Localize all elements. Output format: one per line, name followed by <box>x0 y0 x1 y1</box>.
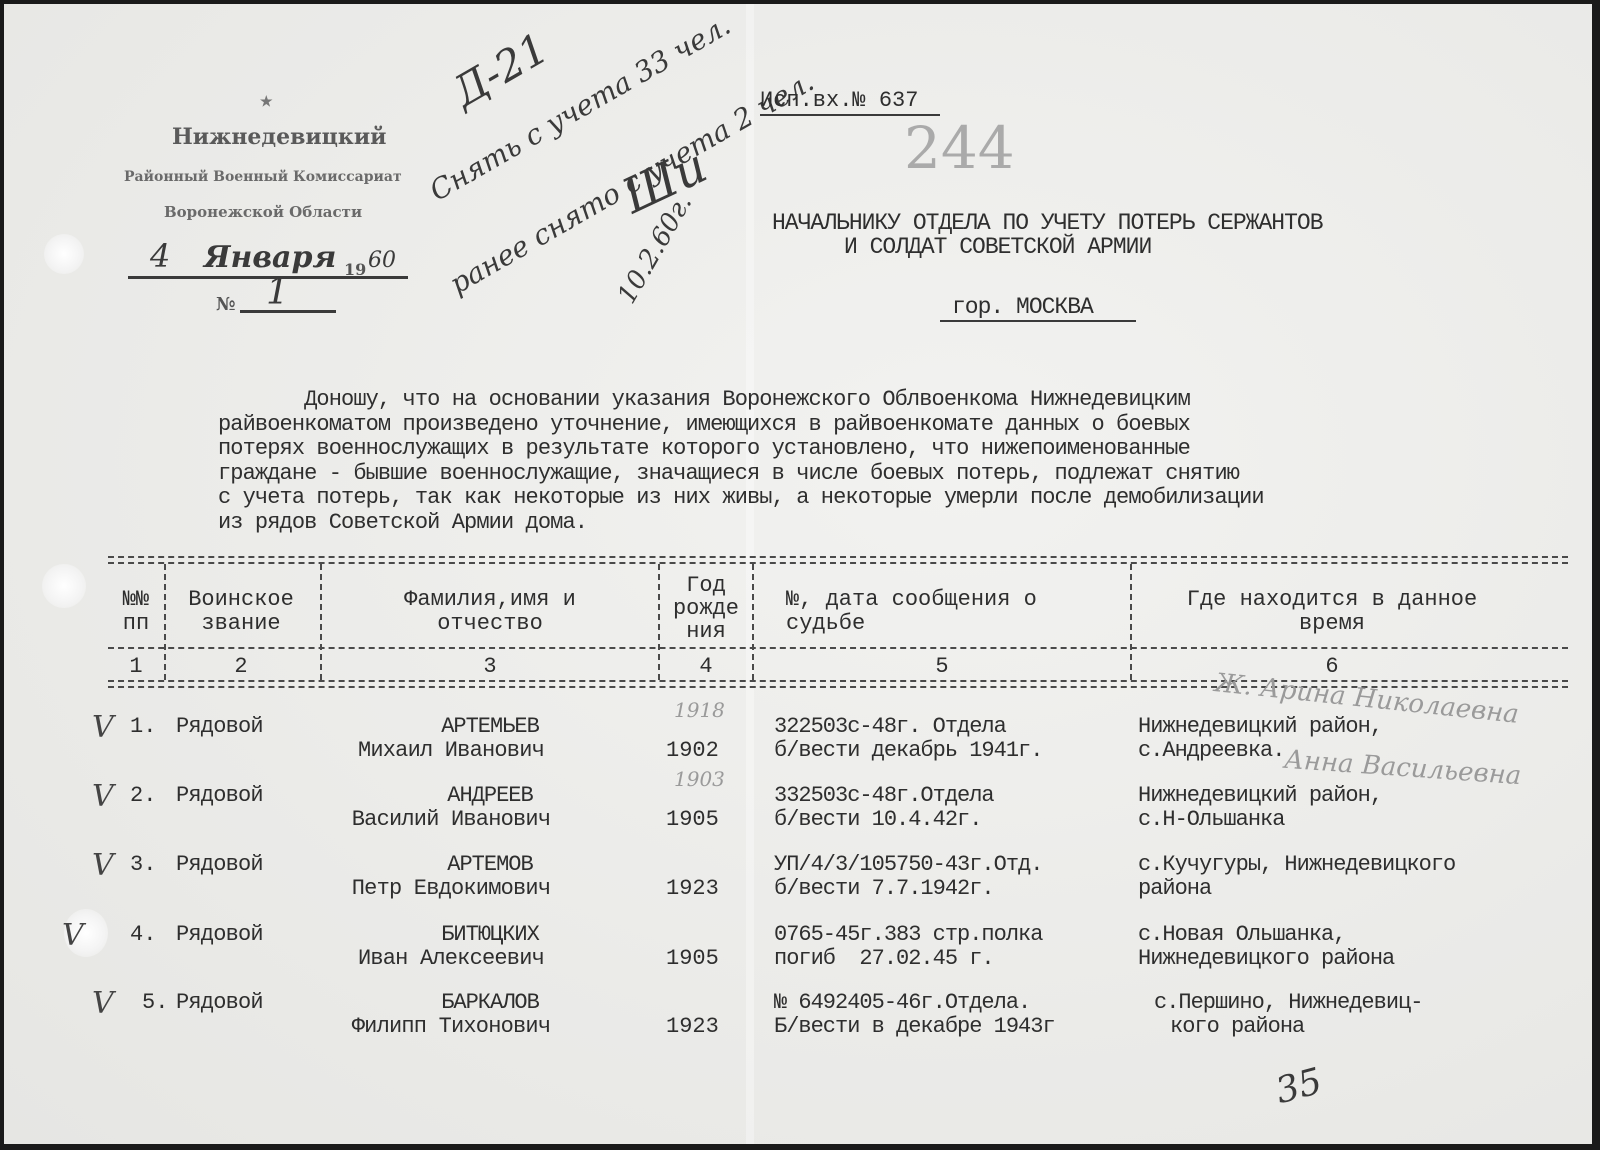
colnum-6: 6 <box>1132 654 1532 679</box>
row-surname: БАРКАЛОВ <box>322 990 658 1015</box>
header-report: №, дата сообщения осудьбе <box>786 588 1126 636</box>
row-number: 4. <box>130 922 156 947</box>
number-underline <box>240 310 336 313</box>
row-rank: Рядовой <box>176 852 263 877</box>
body-line: граждане - бывшие военнослужащие, значащ… <box>218 462 1264 487</box>
body-paragraph: Доношу, что на основании указания Вороне… <box>218 388 1264 535</box>
row-number: 3. <box>130 852 156 877</box>
row-rank: Рядовой <box>176 783 263 808</box>
row-location-line-2: кого района <box>1170 1014 1304 1039</box>
row-location-line-1: Нижнедевицкий район, <box>1138 783 1382 808</box>
header-name-l2: отчество <box>322 612 658 636</box>
header-location-l2: время <box>1132 612 1532 636</box>
row-given-names: Михаил Иванович <box>322 738 580 763</box>
row-birth-year: 1905 <box>666 807 719 832</box>
row-report-line-2: б/вести 10.4.42г. <box>774 807 981 832</box>
stamp-number-label: № <box>216 294 236 315</box>
row-birth-year: 1923 <box>666 876 719 901</box>
header-num-l2: пп <box>108 612 164 636</box>
row-birth-year-note: 1918 <box>674 698 725 722</box>
body-line: из рядов Советской Армии дома. <box>218 511 1264 536</box>
header-year-l1: Год <box>660 574 752 597</box>
header-num: №№пп <box>108 588 164 636</box>
row-surname: АРТЕМОВ <box>322 852 658 877</box>
stamp-region: Воронежской Области <box>164 203 362 221</box>
header-year: Годрождения <box>660 574 752 643</box>
table-top-rule <box>108 556 1568 564</box>
row-location-line-1: Нижнедевицкий район, <box>1138 714 1382 739</box>
row-number: 5. <box>142 990 168 1015</box>
row-birth-year: 1905 <box>666 946 719 971</box>
body-line: райвоенкоматом произведено уточнение, им… <box>218 413 1264 438</box>
header-rank-l1: Воинское <box>166 588 316 612</box>
row-check-mark: V <box>92 848 114 883</box>
colnum-5: 5 <box>754 654 1130 679</box>
row-number: 1. <box>130 714 156 739</box>
punch-hole <box>44 234 84 274</box>
addressee-line-2: И СОЛДАТ СОВЕТСКОЙ АРМИИ <box>844 234 1151 260</box>
city-underline <box>940 320 1136 322</box>
row-report-line-1: 332503с-48г.Отдела <box>774 783 994 808</box>
colnum-3: 3 <box>322 654 658 679</box>
header-name-l1: Фамилия,имя и <box>322 588 658 612</box>
row-birth-year: 1923 <box>666 1014 719 1039</box>
header-year-l2: рожде <box>660 597 752 620</box>
stamp-star: ★ <box>260 94 273 110</box>
header-rank-l2: звание <box>166 612 316 636</box>
row-given-names: Петр Евдокимович <box>322 876 580 901</box>
row-birth-year: 1902 <box>666 738 719 763</box>
addressee-line-1: НАЧАЛЬНИКУ ОТДЕЛА ПО УЧЕТУ ПОТЕРЬ СЕРЖАН… <box>772 210 1323 236</box>
header-report-l1: №, дата сообщения о <box>786 588 1126 612</box>
row-report-line-1: УП/4/3/105750-43г.Отд. <box>774 852 1042 877</box>
document-page: ★ Нижнедевицкий Районный Военный Комисса… <box>4 4 1592 1144</box>
page-number-mark: 35 <box>1271 1061 1326 1112</box>
colnum-1: 1 <box>108 654 164 679</box>
incoming-number: Исп.вх.№ 637 <box>760 88 918 113</box>
body-line: с учета потерь, так как некоторые из них… <box>218 486 1264 511</box>
stamp-date-month: Января <box>204 240 336 275</box>
pencil-mark: 244 <box>904 114 1015 182</box>
header-rank: Воинскоезвание <box>166 588 316 636</box>
row-location-line-2: района <box>1138 876 1211 901</box>
row-surname: АНДРЕЕВ <box>322 783 658 808</box>
body-line: Доношу, что на основании указания Вороне… <box>218 388 1264 413</box>
row-number: 2. <box>130 783 156 808</box>
row-surname: АРТЕМЬЕВ <box>322 714 658 739</box>
row-given-names: Василий Иванович <box>322 807 580 832</box>
row-location-line-1: с.Кучугуры, Нижнедевицкого <box>1138 852 1455 877</box>
row-check-mark: V <box>92 986 114 1021</box>
row-check-mark: V <box>92 779 114 814</box>
header-year-l3: ния <box>660 620 752 643</box>
row-location-line-2: с.Андреевка. <box>1138 738 1284 763</box>
row-surname: БИТЮЦКИХ <box>322 922 658 947</box>
header-name: Фамилия,имя иотчество <box>322 588 658 636</box>
stamp-date-year-suffix: 60 <box>368 248 396 273</box>
row-rank: Рядовой <box>176 714 263 739</box>
row-birth-year-note: 1903 <box>674 767 725 791</box>
stamp-date-day: 4 <box>150 237 170 275</box>
row-report-line-2: б/вести 7.7.1942г. <box>774 876 994 901</box>
header-location: Где находится в данноевремя <box>1132 588 1532 636</box>
colnum-2: 2 <box>166 654 316 679</box>
row-location-line-2: Нижнедевицкого района <box>1138 946 1394 971</box>
stamp-commissariat: Районный Военный Комиссариат <box>124 169 402 185</box>
colnum-4: 4 <box>660 654 752 679</box>
row-report-line-2: погиб 27.02.45 г. <box>774 946 994 971</box>
resolution-code: Д-21 <box>444 23 557 116</box>
header-report-l2: судьбе <box>786 612 1126 636</box>
row-rank: Рядовой <box>176 922 263 947</box>
row-rank: Рядовой <box>176 990 263 1015</box>
stamp-district: Нижнедевицкий <box>172 124 386 150</box>
addressee-city: гор. МОСКВА <box>952 294 1093 320</box>
row-location-line-2: с.Н-Ольшанка <box>1138 807 1284 832</box>
row-report-line-2: б/вести декабрь 1941г. <box>774 738 1042 763</box>
row-report-line-1: 322503с-48г. Отдела <box>774 714 1006 739</box>
row-location-line-1: с.Першино, Нижнедевиц- <box>1154 990 1422 1015</box>
header-num-l1: №№ <box>108 588 164 612</box>
row-given-names: Филипп Тихонович <box>322 1014 580 1039</box>
table-header-rule <box>108 647 1568 649</box>
row-location-line-1: с.Новая Ольшанка, <box>1138 922 1345 947</box>
row-report-line-2: Б/вести в декабре 1943г <box>774 1014 1055 1039</box>
row-report-line-1: № 6492405-46г.Отдела. <box>774 990 1030 1015</box>
row-check-mark: V <box>92 710 114 745</box>
row-report-line-1: 0765-45г.383 стр.полка <box>774 922 1042 947</box>
row-given-names: Иван Алексеевич <box>322 946 580 971</box>
header-location-l1: Где находится в данное <box>1132 588 1532 612</box>
row-check-mark: V <box>62 918 84 953</box>
stamp-number-value: 1 <box>266 272 289 313</box>
punch-hole <box>42 564 86 608</box>
body-line: потерях военнослужащих в результате кото… <box>218 437 1264 462</box>
